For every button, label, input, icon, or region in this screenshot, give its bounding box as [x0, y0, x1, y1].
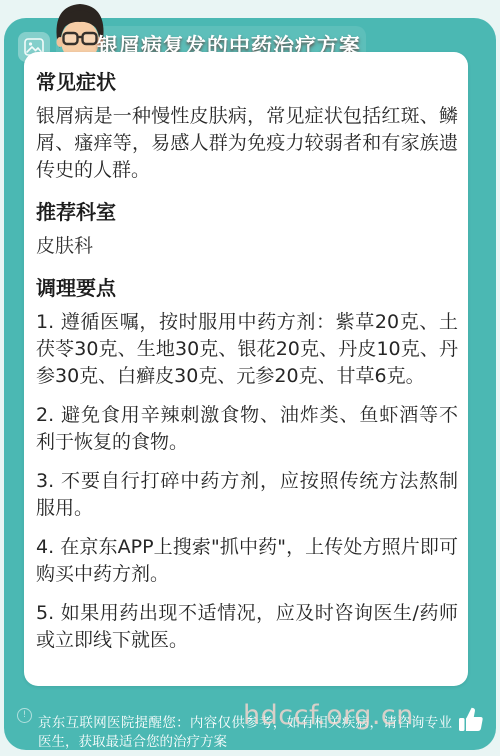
symptoms-text: 银屑病是一种慢性皮肤病，常见症状包括红斑、鳞屑、瘙痒等，易感人群为免疫力较弱者和…: [36, 103, 458, 184]
section-heading-points: 调理要点: [36, 272, 458, 301]
disclaimer-text: 京东互联网医院提醒您：内容仅供参考，如有相关疾病，请咨询专业医生，获取最适合您的…: [38, 714, 452, 752]
point-item-3: 3. 不要自行打碎中药方剂，应按照传统方法熬制服用。: [36, 468, 458, 522]
footer: ! 京东互联网医院提醒您：内容仅供参考，如有相关疾病，请咨询专业医生，获取最适合…: [0, 688, 500, 750]
thumbs-up-icon[interactable]: [455, 704, 487, 736]
info-icon: !: [17, 708, 32, 723]
section-heading-department: 推荐科室: [36, 196, 458, 225]
point-item-1: 1. 遵循医嘱，按时服用中药方剂：紫草20克、土茯苓30克、生地30克、银花20…: [36, 309, 458, 390]
section-heading-symptoms: 常见症状: [36, 66, 458, 95]
point-item-2: 2. 避免食用辛辣刺激食物、油炸类、鱼虾酒等不利于恢复的食物。: [36, 402, 458, 456]
point-item-4: 4. 在京东APP上搜索"抓中药"，上传处方照片即可购买中药方剂。: [36, 534, 458, 588]
content-card: 常见症状 银屑病是一种慢性皮肤病，常见症状包括红斑、鳞屑、瘙痒等，易感人群为免疫…: [24, 52, 468, 686]
point-item-5: 5. 如果用药出现不适情况，应及时咨询医生/药师或立即线下就医。: [36, 600, 458, 654]
department-text: 皮肤科: [36, 233, 458, 260]
